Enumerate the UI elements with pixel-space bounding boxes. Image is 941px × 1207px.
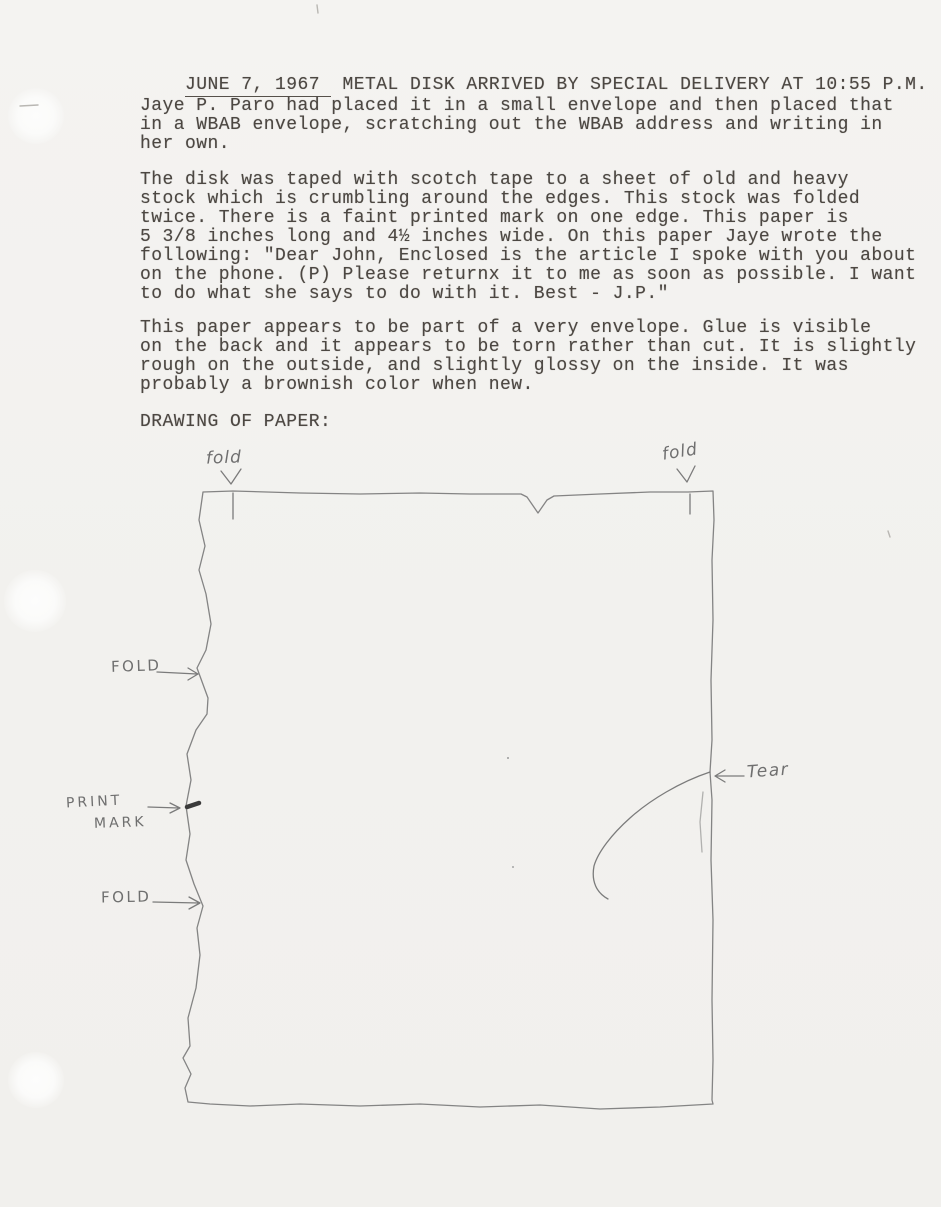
scanned-page: JUNE 7, 1967 METAL DISK ARRIVED BY SPECI… — [0, 0, 941, 1207]
paragraph-1: Jaye P. Paro had placed it in a small en… — [140, 97, 894, 154]
tear-line-secondary — [700, 792, 703, 852]
print-mark — [187, 803, 199, 807]
header-title: METAL DISK ARRIVED BY SPECIAL DELIVERY A… — [331, 75, 927, 95]
fold-label-top-left: fold — [206, 447, 243, 468]
header-date: JUNE 7, 1967 — [185, 75, 331, 97]
drawing-heading: DRAWING OF PAPER: — [140, 413, 331, 432]
punch-hole — [8, 1052, 64, 1108]
tear-label: Tear — [746, 760, 789, 783]
fold-arrow-top-left — [221, 469, 241, 484]
fold-label-left-upper: FOLD — [111, 656, 162, 676]
paragraph-2: The disk was taped with scotch tape to a… — [140, 171, 916, 304]
fold-arrow-left-lower — [153, 897, 200, 909]
print-mark-arrow — [148, 803, 180, 813]
tear-arrow — [715, 770, 744, 782]
punch-hole — [4, 570, 66, 632]
fold-arrow-left-upper — [157, 668, 198, 680]
paper-outline — [183, 491, 714, 1109]
paragraph-3: This paper appears to be part of a very … — [140, 319, 916, 395]
print-mark-label-line2: MARK — [94, 814, 147, 832]
fold-label-left-lower: FOLD — [101, 888, 152, 907]
fold-label-top-right: fold — [661, 439, 700, 464]
tear-line — [593, 772, 710, 899]
fold-arrow-top-right — [677, 466, 695, 482]
punch-hole — [8, 88, 64, 144]
print-mark-label-line1: PRINT — [66, 793, 123, 812]
